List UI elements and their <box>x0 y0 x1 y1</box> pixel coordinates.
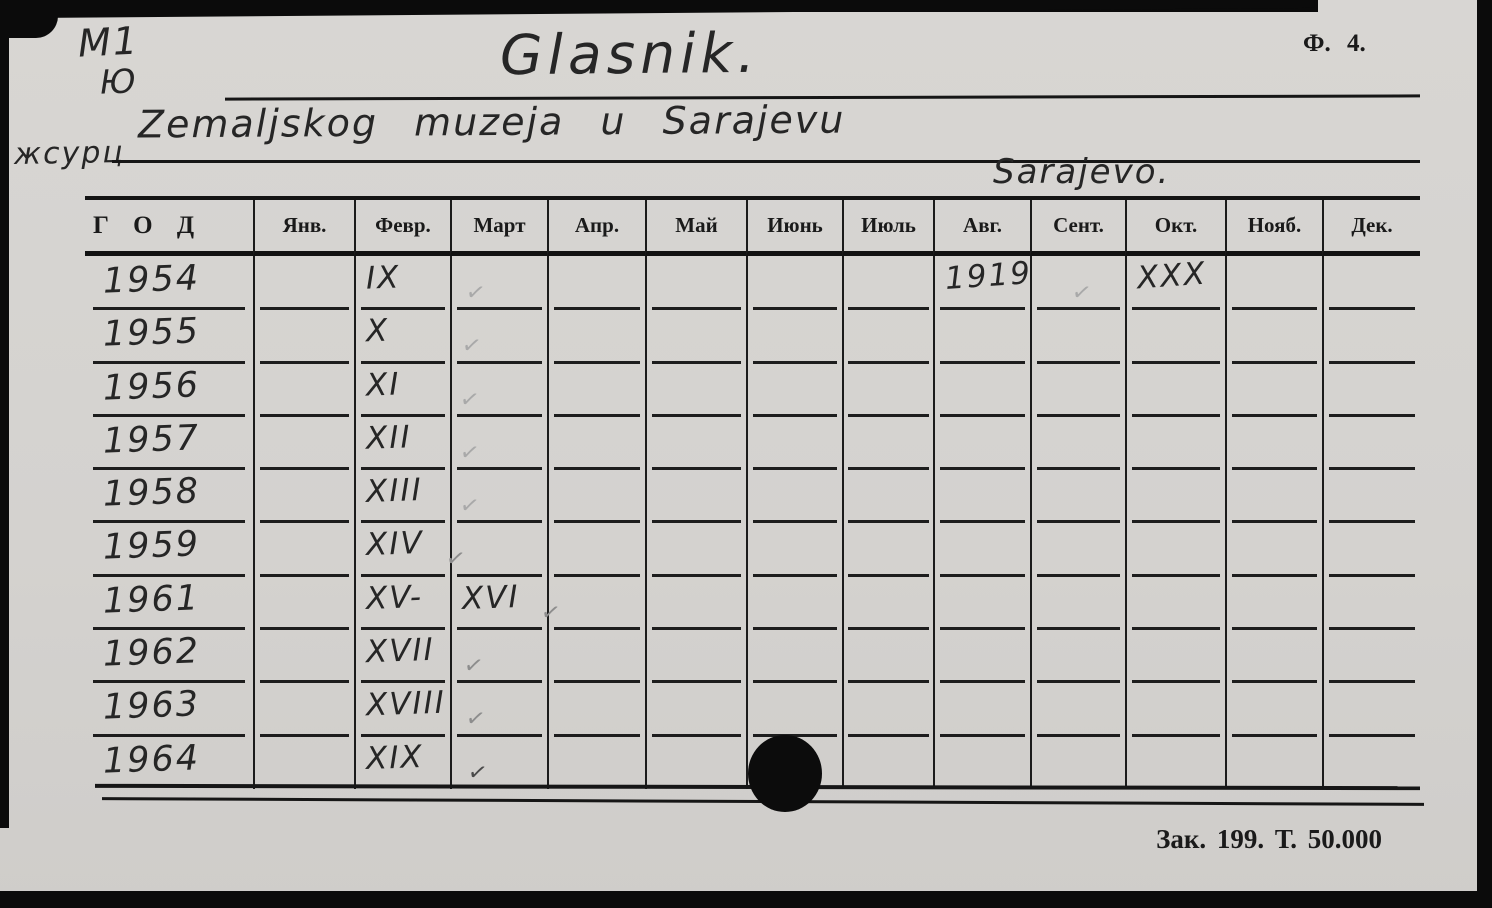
table-cell <box>1225 576 1322 629</box>
year-value: 1961 <box>102 578 200 621</box>
table-cell <box>933 309 1030 362</box>
table-cell <box>645 522 746 575</box>
table-cell <box>1030 576 1125 629</box>
year-value: 1958 <box>102 472 200 515</box>
table-cell <box>645 736 746 789</box>
volume-number: XI <box>365 366 401 403</box>
table-cell <box>645 682 746 735</box>
table-cell <box>547 469 645 522</box>
year-value: 1957 <box>102 418 200 461</box>
column-header: Март <box>450 200 547 256</box>
table-cell <box>746 522 842 575</box>
table-cell <box>1225 469 1322 522</box>
table-cell <box>1225 309 1322 362</box>
table-cell <box>1322 736 1420 789</box>
table-cell <box>253 576 354 629</box>
table-cell: ✓ <box>450 682 547 735</box>
volume-number: XVIII <box>365 685 446 724</box>
table-cell: XVIII <box>354 682 450 735</box>
check-mark: ✓ <box>458 438 482 467</box>
table-cell <box>933 682 1030 735</box>
column-header: Сент. <box>1030 200 1125 256</box>
table-cell <box>1125 309 1225 362</box>
check-mark: ✓ <box>466 758 490 787</box>
column-header: Янв. <box>253 200 354 256</box>
table-cell: XII <box>354 416 450 469</box>
table-cell <box>933 363 1030 416</box>
table-cell <box>1225 522 1322 575</box>
ruled-line-under-subtitle <box>112 160 1420 163</box>
column-header: Апр. <box>547 200 645 256</box>
table-cell: 1919 <box>933 256 1030 309</box>
punch-hole-mark <box>748 735 822 812</box>
table-cell: ✓ <box>547 576 645 629</box>
table-cell <box>1322 256 1420 309</box>
table-cell <box>933 416 1030 469</box>
table-cell: ✓ <box>450 256 547 309</box>
table-cell <box>547 363 645 416</box>
volume-number: X <box>365 313 389 350</box>
check-mark: ✓ <box>444 545 468 574</box>
table-cell <box>746 309 842 362</box>
volume-number: XIII <box>365 472 423 510</box>
table-cell <box>1322 363 1420 416</box>
volume-number: XIX <box>365 739 424 777</box>
table-cell <box>1225 363 1322 416</box>
table-cell <box>842 363 933 416</box>
table-cell <box>1225 736 1322 789</box>
check-mark: ✓ <box>462 652 486 681</box>
table-cell: XIX <box>354 736 450 789</box>
table-cell: XIII <box>354 469 450 522</box>
journal-subtitle: Zemaljskog muzeja u Sarajevu <box>138 98 846 147</box>
year-value: 1954 <box>102 258 200 301</box>
table-cell: XIV <box>354 522 450 575</box>
check-mark: ✓ <box>1070 278 1094 307</box>
table-cell: ✓ <box>450 629 547 682</box>
table-cell <box>1225 682 1322 735</box>
table-cell <box>645 256 746 309</box>
table-cell <box>1322 629 1420 682</box>
table-cell <box>547 309 645 362</box>
volume-number: XIV <box>365 525 424 563</box>
year-value: 1964 <box>102 738 200 781</box>
column-header: Окт. <box>1125 200 1225 256</box>
scanned-catalog-card: М1 Ю жсурц Ф. 4. Glasnik. Zemaljskog muz… <box>0 0 1492 908</box>
check-mark: ✓ <box>458 385 482 414</box>
column-header: Г О Д <box>85 200 253 256</box>
holdings-table: Г О ДЯнв.Февр.МартАпр.МайИюньИюльАвг.Сен… <box>85 196 1420 789</box>
year-cell: 1958 <box>85 469 253 522</box>
table-cell <box>1030 736 1125 789</box>
check-mark: ✓ <box>539 598 563 627</box>
table-cell: ✓ <box>450 522 547 575</box>
table-cell: XVII <box>354 629 450 682</box>
table-cell <box>1125 469 1225 522</box>
year-cell: 1962 <box>85 629 253 682</box>
table-cell <box>645 469 746 522</box>
table-cell <box>645 629 746 682</box>
check-mark: ✓ <box>458 492 482 521</box>
table-cell <box>1030 309 1125 362</box>
table-cell <box>842 416 933 469</box>
table-cell <box>1322 522 1420 575</box>
table-cell <box>842 256 933 309</box>
table-cell: ✓ <box>450 469 547 522</box>
year-cell: 1964 <box>85 736 253 789</box>
table-cell <box>1125 736 1225 789</box>
table-cell <box>1125 682 1225 735</box>
table-cell <box>547 522 645 575</box>
year-cell: 1963 <box>85 682 253 735</box>
table-cell <box>842 309 933 362</box>
table-cell <box>1125 363 1225 416</box>
table-cell <box>1322 416 1420 469</box>
print-order-note: Зак. 199. Т. 50.000 <box>1156 824 1382 855</box>
column-header: Май <box>645 200 746 256</box>
volume-number: XVII <box>365 632 435 670</box>
table-cell <box>253 736 354 789</box>
table-cell <box>842 522 933 575</box>
table-cell: ✓ <box>450 416 547 469</box>
table-cell <box>933 576 1030 629</box>
table-cell <box>1125 522 1225 575</box>
year-cell: 1956 <box>85 363 253 416</box>
table-cell <box>645 576 746 629</box>
table-cell <box>1030 416 1125 469</box>
table-cell <box>253 256 354 309</box>
year-value: 1955 <box>102 312 200 355</box>
table-cell <box>746 682 842 735</box>
volume-number: IX <box>365 259 401 296</box>
table-cell <box>547 682 645 735</box>
table-cell <box>253 363 354 416</box>
table-cell <box>1030 522 1125 575</box>
margin-mark-yu: Ю <box>99 61 136 101</box>
table-cell <box>842 629 933 682</box>
table-cell <box>746 469 842 522</box>
column-header: Июнь <box>746 200 842 256</box>
table-cell <box>1225 256 1322 309</box>
table-cell <box>253 522 354 575</box>
place-name: Sarajevo. <box>993 152 1170 192</box>
table-cell <box>746 256 842 309</box>
table-cell <box>1125 576 1225 629</box>
check-mark: ✓ <box>464 278 488 307</box>
table-cell <box>1030 363 1125 416</box>
table-cell <box>1125 629 1225 682</box>
table-cell <box>746 416 842 469</box>
column-header: Нояб. <box>1225 200 1322 256</box>
volume-number: XVI <box>461 579 520 617</box>
table-cell <box>253 309 354 362</box>
volume-number: 1919 <box>944 255 1033 297</box>
margin-mark-scribble: жсурц <box>14 135 125 172</box>
table-cell <box>1030 629 1125 682</box>
table-cell <box>1322 576 1420 629</box>
table-cell: IX <box>354 256 450 309</box>
year-value: 1959 <box>102 525 200 568</box>
scan-edge-right <box>1477 0 1492 908</box>
table-cell <box>547 736 645 789</box>
volume-number: XV- <box>365 579 423 617</box>
table-cell <box>746 576 842 629</box>
table-cell: ✓ <box>450 736 547 789</box>
volume-number: XXX <box>1136 256 1208 297</box>
table-cell <box>547 256 645 309</box>
table-cell <box>842 682 933 735</box>
table-cell <box>842 736 933 789</box>
year-value: 1956 <box>102 365 200 408</box>
table-cell: ✓ <box>450 363 547 416</box>
table-cell: ✓ <box>1030 256 1125 309</box>
table-cell <box>1030 469 1125 522</box>
scan-edge-top-skew <box>28 0 1314 18</box>
table-cell <box>645 309 746 362</box>
table-cell <box>933 522 1030 575</box>
year-cell: 1954 <box>85 256 253 309</box>
year-cell: 1955 <box>85 309 253 362</box>
table-cell <box>746 629 842 682</box>
journal-title: Glasnik. <box>500 21 760 87</box>
table-cell <box>1322 682 1420 735</box>
table-cell: ✓ <box>450 309 547 362</box>
table-cell <box>842 469 933 522</box>
table-cell <box>1225 416 1322 469</box>
column-header: Февр. <box>354 200 450 256</box>
table-cell <box>1225 629 1322 682</box>
table-cell: XXX <box>1125 256 1225 309</box>
table-cell <box>253 682 354 735</box>
table-cell <box>547 416 645 469</box>
check-mark: ✓ <box>464 705 488 734</box>
table-cell: XI <box>354 363 450 416</box>
scan-edge-bottom <box>0 891 1492 908</box>
year-value: 1962 <box>102 631 200 674</box>
table-cell <box>1030 682 1125 735</box>
column-header: Июль <box>842 200 933 256</box>
table-cell <box>253 629 354 682</box>
table-cell <box>933 736 1030 789</box>
table-cell <box>933 469 1030 522</box>
table-cell <box>842 576 933 629</box>
table-cell: XVI <box>450 576 547 629</box>
table-cell <box>746 363 842 416</box>
year-value: 1963 <box>102 685 200 728</box>
table-cell <box>253 469 354 522</box>
table-cell <box>547 629 645 682</box>
scan-edge-left <box>0 0 9 828</box>
column-header: Авг. <box>933 200 1030 256</box>
table-cell <box>1125 416 1225 469</box>
year-cell: 1961 <box>85 576 253 629</box>
volume-number: XII <box>365 419 412 457</box>
table-cell: X <box>354 309 450 362</box>
form-number: Ф. 4. <box>1303 30 1366 58</box>
table-cell: XV- <box>354 576 450 629</box>
check-mark: ✓ <box>460 332 484 361</box>
table-cell <box>645 363 746 416</box>
table-cell <box>1322 309 1420 362</box>
column-header: Дек. <box>1322 200 1420 256</box>
table-cell <box>933 629 1030 682</box>
table-cell <box>645 416 746 469</box>
table-cell <box>253 416 354 469</box>
table-cell <box>1322 469 1420 522</box>
year-cell: 1957 <box>85 416 253 469</box>
margin-mark-m1: М1 <box>77 18 140 65</box>
year-cell: 1959 <box>85 522 253 575</box>
